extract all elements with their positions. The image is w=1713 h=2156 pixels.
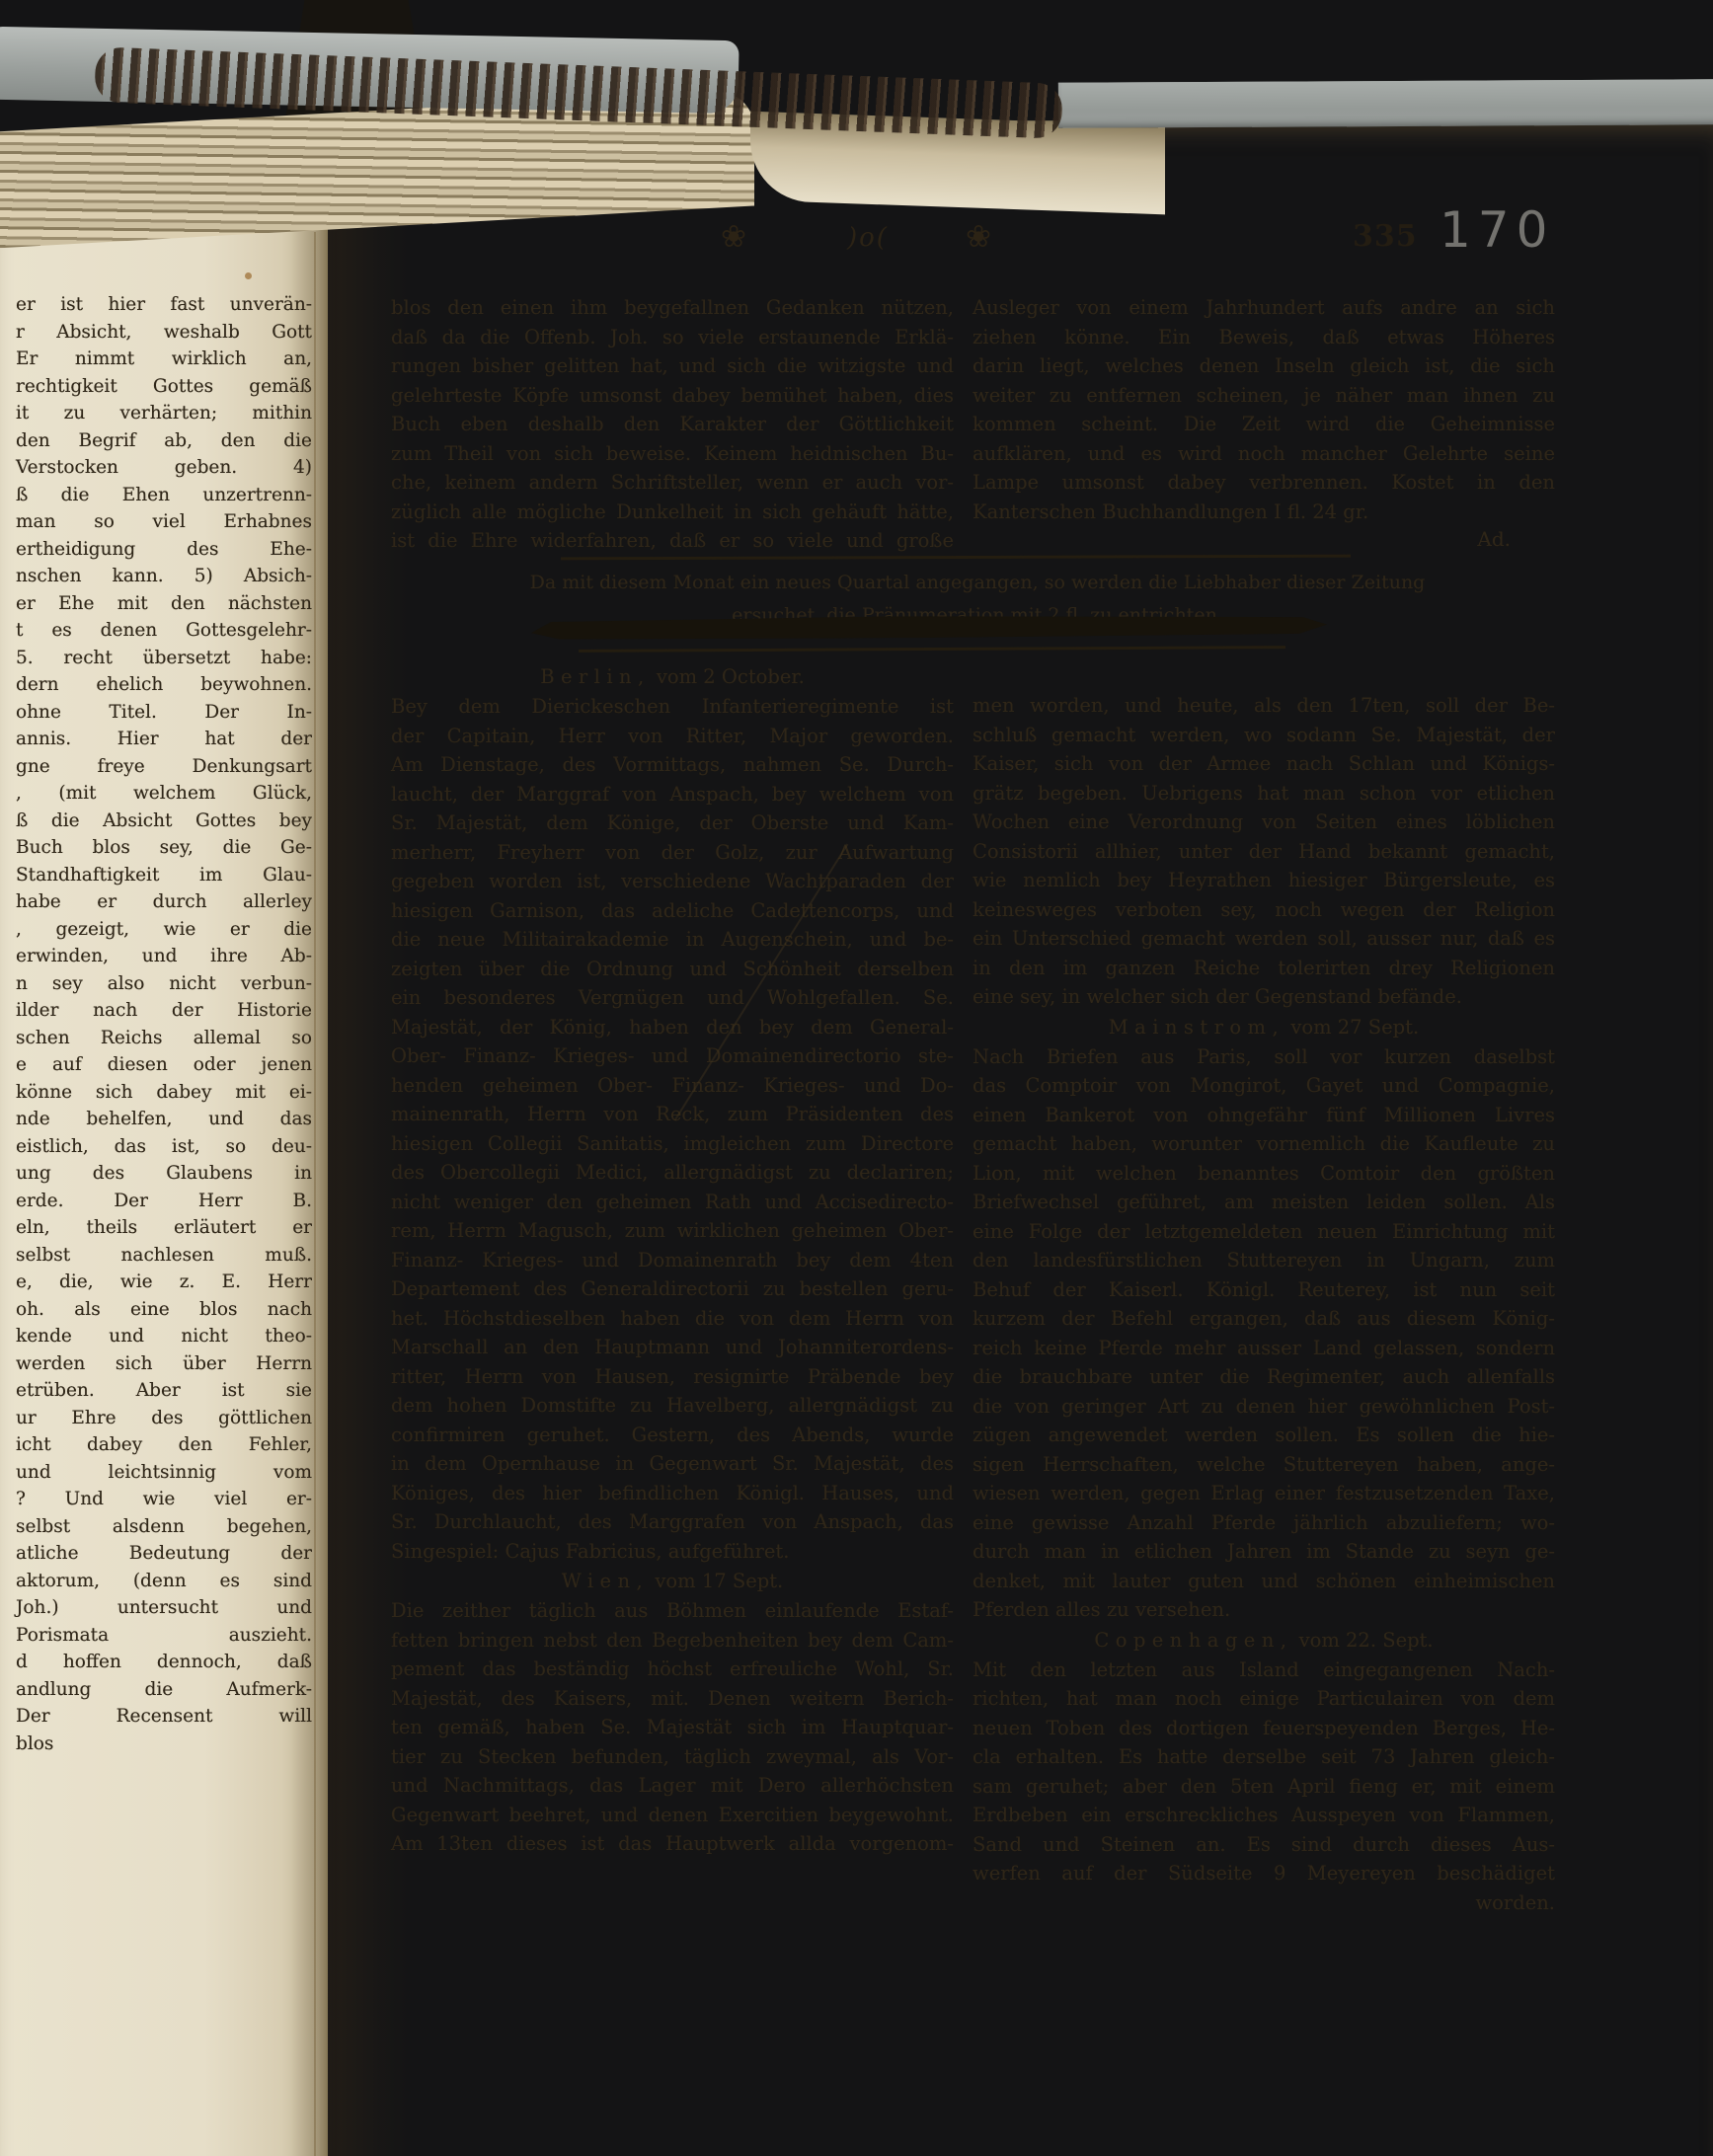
text-line: und Nachmittags, das Lager mit Dero alle… bbox=[391, 1771, 954, 1801]
article-heading-berlin: Berlin, vom 2 October. bbox=[391, 661, 954, 692]
text-line: n sey also nicht verbun- bbox=[16, 970, 312, 998]
article-body-mainstrom: Nach Briefen aus Paris, soll vor kurzen … bbox=[973, 1042, 1555, 1625]
text-line: Nach Briefen aus Paris, soll vor kurzen … bbox=[973, 1042, 1555, 1072]
text-line: blos den einen ihm beygefallnen Gedanken… bbox=[391, 293, 954, 323]
text-line: eine Folge der letztgemeldeten neuen Ein… bbox=[973, 1217, 1555, 1247]
top-article-column-left: blos den einen ihm beygefallnen Gedanken… bbox=[391, 293, 954, 556]
text-line: Wochen eine Verordnung von Seiten eines … bbox=[973, 808, 1555, 837]
text-line: andlung die Aufmerk- bbox=[16, 1676, 312, 1704]
text-line: kende und nicht theo- bbox=[16, 1323, 312, 1350]
article-signature: Ad. bbox=[973, 525, 1511, 555]
text-line: habe er durch allerley bbox=[16, 888, 312, 916]
text-line: Finanz- Krieges- und Domainenrath bey de… bbox=[391, 1246, 954, 1275]
article-body-wien-continuation: men worden, und heute, als den 17ten, so… bbox=[973, 691, 1555, 1012]
text-line: Kaiser, sich von der Armee nach Schlan u… bbox=[973, 749, 1555, 779]
text-line: den Begrif ab, den die bbox=[16, 427, 312, 455]
notice-line: Da mit diesem Monat ein neues Quartal an… bbox=[395, 567, 1560, 599]
text-line: men worden, und heute, als den 17ten, so… bbox=[973, 691, 1555, 721]
text-line: Buch eben deshalb den Karakter der Göttl… bbox=[391, 410, 954, 439]
page-number: 335 bbox=[1353, 219, 1418, 254]
text-line: fetten bringen nebst den Begebenheiten b… bbox=[391, 1626, 954, 1655]
text-line: annis. Hier hat der bbox=[16, 726, 312, 753]
text-line: die von geringer Art zu denen hier gewöh… bbox=[973, 1392, 1555, 1422]
dateline-date: vom 17 Sept. bbox=[655, 1570, 783, 1592]
text-line: mainenrath, Herrn von Reck, zum Präsiden… bbox=[391, 1100, 954, 1129]
text-line: nicht weniger den geheimen Rath und Acci… bbox=[391, 1188, 954, 1217]
text-line: Ausleger von einem Jahrhundert aufs andr… bbox=[973, 293, 1555, 323]
article-column-right: men worden, und heute, als den 17ten, so… bbox=[973, 691, 1555, 1917]
text-line: eln, theils erläutert er bbox=[16, 1214, 312, 1242]
text-line: , gezeigt, wie er die bbox=[16, 916, 312, 944]
text-line: neuen Toben des dortigen feuerspeyenden … bbox=[973, 1714, 1555, 1743]
text-line: ß die Absicht Gottes bey bbox=[16, 808, 312, 835]
text-line: sam geruhet; aber den 5ten April fieng e… bbox=[973, 1772, 1555, 1802]
newspaper-page: ❀ )o( ❀ 335 170 blos den einen ihm beyge… bbox=[326, 124, 1713, 2156]
text-line: Erdbeben ein erschreckliches Ausspeyen v… bbox=[973, 1801, 1555, 1830]
text-line: hiesigen Collegii Sanitatis, imgleichen … bbox=[391, 1129, 954, 1159]
text-line: wiesen werden, gegen Erlag einer festzus… bbox=[973, 1479, 1555, 1508]
text-line: rungen bisher gelitten hat, und sich die… bbox=[391, 351, 954, 381]
text-line: zeigten über die Ordnung und Schönheit d… bbox=[391, 955, 954, 984]
text-line: Am Dienstage, des Vormittags, nahmen Se.… bbox=[391, 750, 954, 780]
archive-stamp-number: 170 bbox=[1440, 201, 1554, 259]
text-line: des Obercollegii Medici, allergnädigst z… bbox=[391, 1158, 954, 1188]
article-heading-mainstrom: Mainstrom, vom 27 Sept. bbox=[973, 1012, 1555, 1042]
text-line: schluß gemacht werden, wo sodann Se. Maj… bbox=[973, 721, 1555, 750]
text-line: daß da die Offenb. Joh. so viele erstaun… bbox=[391, 323, 954, 352]
text-line: Joh.) untersucht und bbox=[16, 1594, 312, 1622]
text-line: eistlich, das ist, so deu- bbox=[16, 1133, 312, 1161]
divider-ornament-icon: )o( bbox=[847, 223, 889, 253]
dateline-city: Mainstrom, bbox=[1109, 1016, 1285, 1039]
text-line: ilder nach der Historie bbox=[16, 997, 312, 1025]
shell-ornament-icon: ❀ bbox=[721, 219, 746, 255]
text-line: che, keinem andern Schriftsteller, wenn … bbox=[391, 468, 954, 498]
text-line: man so viel Erhabnes bbox=[16, 508, 312, 536]
text-line: ziehen könne. Ein Beweis, daß etwas Höhe… bbox=[973, 323, 1555, 352]
text-line: ? Und wie viel er- bbox=[16, 1486, 312, 1513]
text-line: oh. als eine blos nach bbox=[16, 1296, 312, 1324]
text-line: cla erhalten. Es hatte derselbe seit 73 … bbox=[973, 1742, 1555, 1772]
text-line: Sand und Steinen an. Es sind durch diese… bbox=[973, 1830, 1555, 1860]
text-line: Lion, mit welchen benanntes Comtoir den … bbox=[973, 1159, 1555, 1189]
text-line: eine gewisse Anzahl Pferde jährlich abzu… bbox=[973, 1508, 1555, 1538]
text-line: t es denen Gottesgelehr- bbox=[16, 617, 312, 645]
text-line: den landesfürstlichen Stuttereyen in Ung… bbox=[973, 1246, 1555, 1275]
text-line: wie nemlich bey Heyrathen hiesiger Bürge… bbox=[973, 866, 1555, 895]
text-line: einen Bankerot von ohngefähr fünf Millio… bbox=[973, 1101, 1555, 1130]
text-line: it zu verhärten; mithin bbox=[16, 400, 312, 427]
text-line: merherr, Freyherr von der Golz, zur Aufw… bbox=[391, 838, 954, 868]
text-line: selbst nachlesen muß. bbox=[16, 1242, 312, 1270]
text-line: selbst alsdenn begehen, bbox=[16, 1513, 312, 1541]
article-body-copenhagen: Mit den letzten aus Island eingegangenen… bbox=[973, 1655, 1555, 1918]
text-line: Er nimmt wirklich an, bbox=[16, 346, 312, 373]
text-line: Marschall an den Hauptmann und Johannite… bbox=[391, 1333, 954, 1362]
text-line: Kanterschen Buchhandlungen I fl. 24 gr. bbox=[973, 498, 1555, 527]
page-fold-crease bbox=[314, 232, 316, 2156]
text-line: Sr. Durchlaucht, des Marggrafen von Ansp… bbox=[391, 1507, 954, 1537]
text-line: ten gemäß, haben Se. Majestät sich im Ha… bbox=[391, 1713, 954, 1742]
text-line: in dem Opernhause in Gegenwart Sr. Majes… bbox=[391, 1449, 954, 1479]
gutter-shadow bbox=[291, 148, 410, 2156]
text-line: Bey dem Dierickeschen Infanterieregiment… bbox=[391, 692, 954, 722]
text-line: Verstocken geben. 4) bbox=[16, 454, 312, 482]
text-line: Consistorii allhier, unter der Hand beka… bbox=[973, 837, 1555, 867]
text-line: in den im ganzen Reiche tolerirten drey … bbox=[973, 954, 1555, 983]
text-line: worden. bbox=[973, 1888, 1555, 1918]
text-line: pement das beständig höchst erfreuliche … bbox=[391, 1655, 954, 1684]
text-line: Sr. Majestät, dem Könige, der Oberste un… bbox=[391, 808, 954, 838]
text-line: blos bbox=[16, 1731, 312, 1758]
text-line: laucht, der Marggraf von Anspach, bey we… bbox=[391, 780, 954, 809]
text-line: ß die Ehen unzertrenn- bbox=[16, 482, 312, 509]
dateline-city: Copenhagen, bbox=[1094, 1629, 1292, 1652]
text-line: der Capitain, Herr von Ritter, Major gew… bbox=[391, 722, 954, 751]
article-body-berlin: Bey dem Dierickeschen Infanterieregiment… bbox=[391, 692, 954, 1566]
spine-tape bbox=[1058, 79, 1713, 128]
text-line: weiter zu entfernen scheinen, je näher m… bbox=[973, 381, 1555, 411]
text-line: ung des Glaubens in bbox=[16, 1160, 312, 1188]
text-line: rem, Herrn Magusch, zum wirklichen gehei… bbox=[391, 1216, 954, 1246]
text-line: keinesweges verboten sey, noch wegen der… bbox=[973, 895, 1555, 925]
text-line: und leichtsinnig vom bbox=[16, 1459, 312, 1487]
text-line: atliche Bedeutung der bbox=[16, 1540, 312, 1568]
text-line: Ober- Finanz- Krieges- und Domainendirec… bbox=[391, 1041, 954, 1071]
dateline-city: Wien, bbox=[562, 1570, 649, 1592]
text-line: confirmiren geruhet. Gestern, des Abends… bbox=[391, 1421, 954, 1450]
text-line: zügen angewendet werden sollen. Es solle… bbox=[973, 1421, 1555, 1450]
text-line: tier zu Stecken befunden, täglich zweyma… bbox=[391, 1742, 954, 1772]
text-line: ertheidigung des Ehe- bbox=[16, 536, 312, 564]
text-line: henden geheimen Ober- Finanz- Krieges- u… bbox=[391, 1071, 954, 1101]
text-line: , (mit welchem Glück, bbox=[16, 780, 312, 808]
dateline-date: vom 2 October. bbox=[657, 665, 805, 688]
text-line: rechtigkeit Gottes gemäß bbox=[16, 373, 312, 401]
text-line: kommen scheint. Die Zeit wird die Geheim… bbox=[973, 410, 1555, 439]
text-line: er ist hier fast unverän- bbox=[16, 291, 312, 319]
text-line: ein besonderes Vergnügen und Wohlgefalle… bbox=[391, 983, 954, 1013]
text-line: Gegenwart beehret, und denen Exercitien … bbox=[391, 1801, 954, 1830]
text-line: dern ehelich beywohnen. bbox=[16, 671, 312, 699]
text-line: Pferden alles zu versehen. bbox=[973, 1595, 1555, 1625]
book-scan: er ist hier fast unverän-r Absicht, wesh… bbox=[0, 0, 1713, 2156]
article-body-wien: Die zeither täglich aus Böhmen einlaufen… bbox=[391, 1596, 954, 1859]
text-line: Der Recensent will bbox=[16, 1703, 312, 1731]
text-line: erde. Der Herr B. bbox=[16, 1188, 312, 1215]
text-line: e, die, wie z. E. Herr bbox=[16, 1269, 312, 1296]
text-line: ritter, Herrn von Hausen, resignirte Prä… bbox=[391, 1362, 954, 1392]
text-line: ein Unterschied gemacht werden soll, aus… bbox=[973, 924, 1555, 954]
text-line: nde behelfen, und das bbox=[16, 1106, 312, 1133]
text-line: gelehrteste Köpfe umsonst dabey bemühet … bbox=[391, 381, 954, 411]
text-line: aufklären, und es wird noch mancher Gele… bbox=[973, 439, 1555, 469]
dateline-city: Berlin, bbox=[540, 665, 650, 688]
dateline-date: vom 27 Sept. bbox=[1290, 1016, 1419, 1039]
text-line: gemacht haben, worunter vornemlich die K… bbox=[973, 1129, 1555, 1159]
text-line: nschen kann. 5) Absich- bbox=[16, 563, 312, 590]
text-line: e auf diesen oder jenen bbox=[16, 1051, 312, 1079]
text-line: werden sich über Herrn bbox=[16, 1350, 312, 1378]
text-line: d hoffen dennoch, daß bbox=[16, 1649, 312, 1676]
text-line: hiesigen Garnison, das adeliche Cadetten… bbox=[391, 896, 954, 926]
article-heading-copenhagen: Copenhagen, vom 22. Sept. bbox=[973, 1625, 1555, 1655]
text-line: eine sey, in welcher sich der Gegenstand… bbox=[973, 982, 1555, 1012]
divider-rule-bottom bbox=[579, 646, 1285, 653]
text-line: ohne Titel. Der In- bbox=[16, 699, 312, 727]
top-article-column-right: Ausleger von einem Jahrhundert aufs andr… bbox=[973, 293, 1555, 526]
article-column-left: Berlin, vom 2 October. Bey dem Dierickes… bbox=[391, 661, 954, 1859]
text-line: Buch blos sey, die Ge- bbox=[16, 834, 312, 862]
text-line: aktorum, (denn es sind bbox=[16, 1568, 312, 1595]
text-line: Majestät, des Kaisers, mit. Denen weiter… bbox=[391, 1684, 954, 1714]
text-line: Standhaftigkeit im Glau- bbox=[16, 862, 312, 889]
text-line: Die zeither täglich aus Böhmen einlaufen… bbox=[391, 1596, 954, 1626]
text-line: schen Reichs allemal so bbox=[16, 1025, 312, 1052]
text-line: gne freye Denkungsart bbox=[16, 753, 312, 781]
text-line: kurzem der Befehl ergangen, daß aus dies… bbox=[973, 1304, 1555, 1334]
text-line: Königes, des hier befindlichen Königl. H… bbox=[391, 1479, 954, 1508]
text-line: etrüben. Aber ist sie bbox=[16, 1377, 312, 1405]
text-line: Majestät, der König, haben den bey dem G… bbox=[391, 1013, 954, 1042]
text-line: Singespiel: Cajus Fabricius, aufgeführet… bbox=[391, 1537, 954, 1567]
text-line: 5. recht übersetzt habe: bbox=[16, 645, 312, 672]
text-line: r Absicht, weshalb Gott bbox=[16, 319, 312, 346]
text-line: ur Ehre des göttlichen bbox=[16, 1405, 312, 1432]
text-line: das Comptoir von Mongirot, Gayet und Com… bbox=[973, 1071, 1555, 1101]
text-line: Am 13ten dieses ist das Hauptwerk allda … bbox=[391, 1829, 954, 1859]
text-line: die neue Militairakademie in Augenschein… bbox=[391, 925, 954, 955]
text-line: Behuf der Kaiserl. Königl. Reuterey, ist… bbox=[973, 1275, 1555, 1305]
text-line: denket, mit lauter guten und schönen ein… bbox=[973, 1567, 1555, 1596]
text-line: darin liegt, welches denen Inseln gleich… bbox=[973, 351, 1555, 381]
text-line: dem hohen Domstifte zu Havelberg, allerg… bbox=[391, 1391, 954, 1421]
text-line: Porismata auszieht. bbox=[16, 1622, 312, 1650]
text-line: icht dabey den Fehler, bbox=[16, 1431, 312, 1459]
text-line: reich keine Pferde mehr ausser Land gela… bbox=[973, 1334, 1555, 1363]
text-line: zum Theil von sich beweise. Keinem heidn… bbox=[391, 439, 954, 469]
text-line: het. Höchstdieselben haben die von dem H… bbox=[391, 1304, 954, 1334]
dateline-date: vom 22. Sept. bbox=[1299, 1629, 1434, 1652]
text-line: züglich alle mögliche Dunkelheit in sich… bbox=[391, 498, 954, 527]
foxing-spot bbox=[245, 272, 252, 279]
text-line: Lampe umsonst dabey verbrennen. Kostet i… bbox=[973, 468, 1555, 498]
text-line: werfen auf der Südseite 9 Meyereyen besc… bbox=[973, 1859, 1555, 1888]
facing-page-text-column: er ist hier fast unverän-r Absicht, wesh… bbox=[16, 291, 312, 1757]
text-line: Departement des Generaldirectorii zu bes… bbox=[391, 1274, 954, 1304]
shell-ornament-icon: ❀ bbox=[966, 219, 991, 255]
text-line: grätz begeben. Uebrigens hat man schon v… bbox=[973, 779, 1555, 808]
text-line: ist die Ehre widerfahren, daß er so viel… bbox=[391, 526, 954, 556]
text-line: er Ehe mit den nächsten bbox=[16, 590, 312, 618]
text-line: richten, hat man noch einige Particulair… bbox=[973, 1684, 1555, 1714]
text-line: die brauchbare unter die Regimenter, auc… bbox=[973, 1362, 1555, 1392]
text-line: erwinden, und ihre Ab- bbox=[16, 943, 312, 970]
text-line: Mit den letzten aus Island eingegangenen… bbox=[973, 1655, 1555, 1685]
facing-page: er ist hier fast unverän-r Absicht, wesh… bbox=[0, 188, 328, 2156]
article-heading-wien: Wien, vom 17 Sept. bbox=[391, 1566, 954, 1596]
text-line: durch man in etlichen Jahren im Stande z… bbox=[973, 1537, 1555, 1567]
text-line: gegeben worden ist, verschiedene Wachtpa… bbox=[391, 867, 954, 896]
text-line: könne sich dabey mit ei- bbox=[16, 1079, 312, 1107]
text-line: Briefwechsel geführet, am meisten leiden… bbox=[973, 1188, 1555, 1217]
text-line: sigen Herrschaften, welche Stuttereyen h… bbox=[973, 1450, 1555, 1480]
